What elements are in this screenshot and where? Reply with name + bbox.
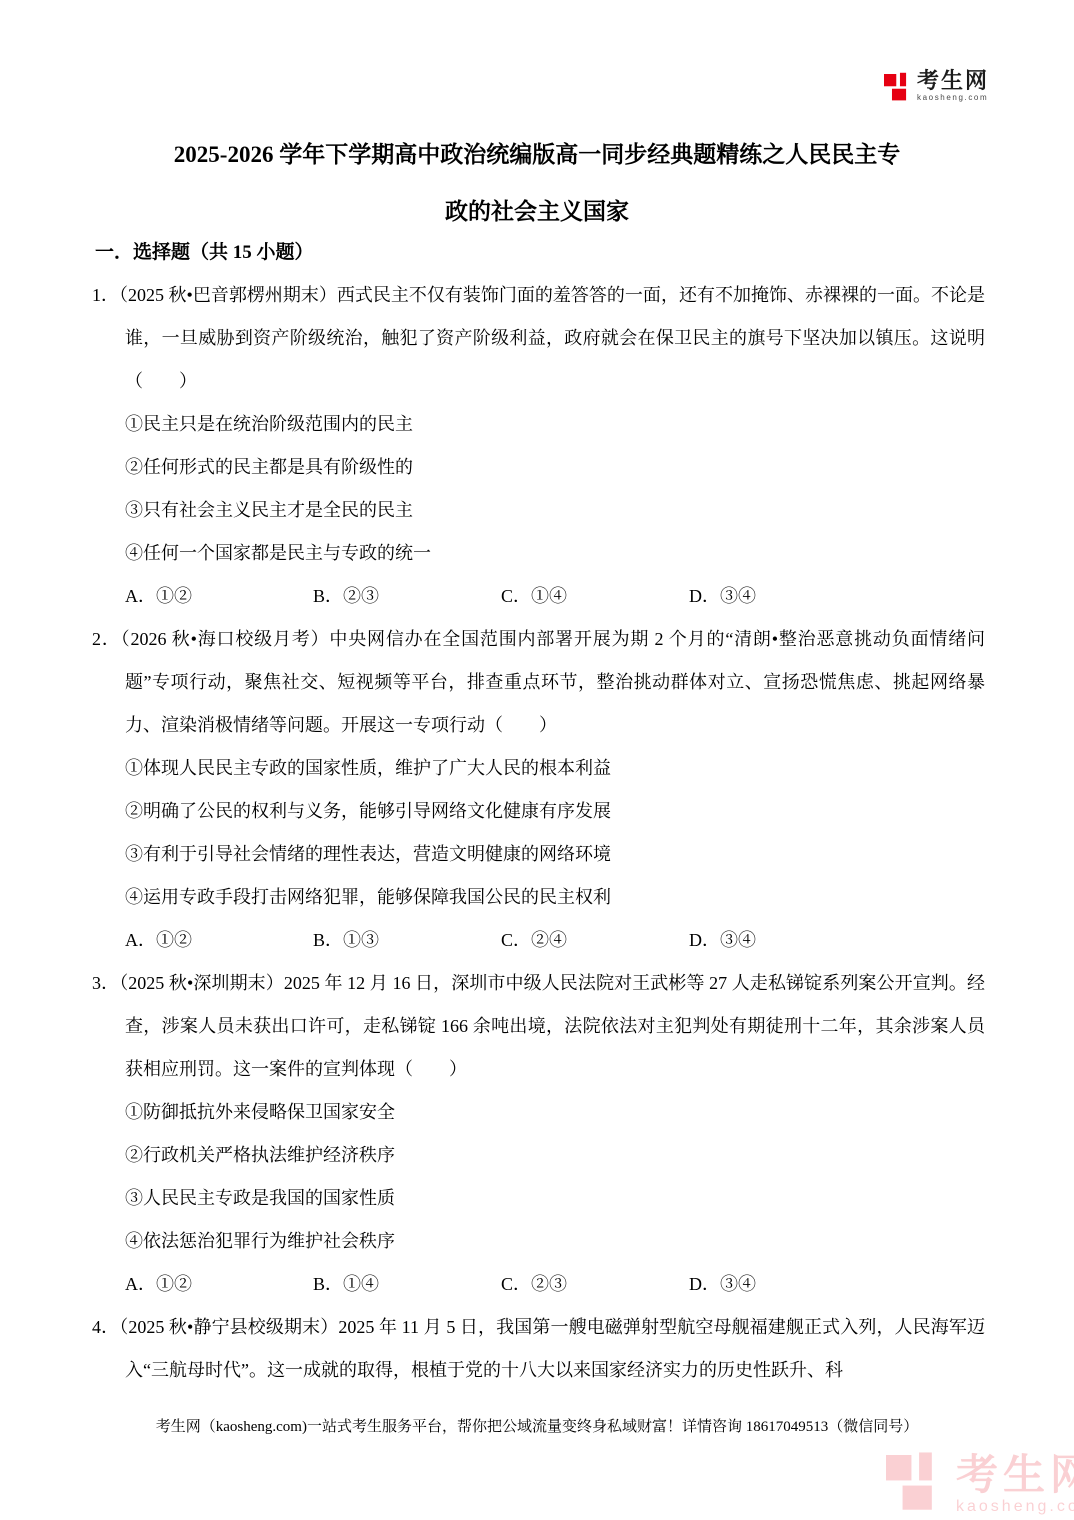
question-1-option-d: D．③④ — [689, 575, 756, 618]
title-line-2: 政的社会主义国家 — [60, 183, 1014, 240]
question-1-options: A．①② B．②③ C．①④ D．③④ — [92, 575, 985, 618]
question-1: 1．（2025 秋•巴音郭楞州期末）西式民主不仅有装饰门面的羞答答的一面，还有不… — [92, 274, 985, 618]
question-2-options: A．①② B．①③ C．②④ D．③④ — [92, 919, 985, 962]
document-title: 2025-2026 学年下学期高中政治统编版高一同步经典题精练之人民民主专 政的… — [60, 126, 1014, 240]
footer-text: 考生网（kaosheng.com)一站式考生服务平台，帮你把公域流量变终身私域财… — [0, 1412, 1074, 1442]
question-3-option-c: C．②③ — [501, 1263, 689, 1306]
question-1-option-c: C．①④ — [501, 575, 689, 618]
question-2-option-b: B．①③ — [313, 919, 501, 962]
question-1-stem: 1．（2025 秋•巴音郭楞州期末）西式民主不仅有装饰门面的羞答答的一面，还有不… — [92, 274, 985, 403]
question-2-item-4: ④运用专政手段打击网络犯罪，能够保障我国公民的民主权利 — [92, 876, 985, 919]
question-3-option-a: A．①② — [125, 1263, 313, 1306]
question-2-option-c: C．②④ — [501, 919, 689, 962]
question-3-item-1: ①防御抵抗外来侵略保卫国家安全 — [92, 1091, 985, 1134]
question-2-item-2: ②明确了公民的权利与义务，能够引导网络文化健康有序发展 — [92, 790, 985, 833]
logo-text-block: 考生网 kaosheng.com — [917, 68, 989, 103]
question-2-number: 2． — [92, 629, 121, 649]
question-2-stem: 2．（2026 秋•海口校级月考）中央网信办在全国范围内部署开展为期 2 个月的… — [92, 618, 985, 747]
question-3: 3．（2025 秋•深圳期末）2025 年 12 月 16 日，深圳市中级人民法… — [92, 962, 985, 1306]
watermark-logo-name: 考生网 — [956, 1452, 1074, 1498]
question-2-item-3: ③有利于引导社会情绪的理性表达，营造文明健康的网络环境 — [92, 833, 985, 876]
watermark-text-block: 考生网 kaosheng.com — [956, 1452, 1074, 1516]
title-line-1: 2025-2026 学年下学期高中政治统编版高一同步经典题精练之人民民主专 — [60, 126, 1014, 183]
question-2-option-a: A．①② — [125, 919, 313, 962]
question-4-stem-text: （2025 秋•静宁县校级期末）2025 年 11 月 5 日，我国第一艘电磁弹… — [119, 1317, 985, 1380]
question-3-item-2: ②行政机关严格执法维护经济秩序 — [92, 1134, 985, 1177]
question-1-item-4: ④任何一个国家都是民主与专政的统一 — [92, 532, 985, 575]
watermark-logo-domain: kaosheng.com — [956, 1498, 1074, 1516]
question-1-item-1: ①民主只是在统治阶级范围内的民主 — [92, 403, 985, 446]
question-2: 2．（2026 秋•海口校级月考）中央网信办在全国范围内部署开展为期 2 个月的… — [92, 618, 985, 962]
question-2-option-d: D．③④ — [689, 919, 756, 962]
kaosheng-logo-icon — [884, 72, 911, 103]
question-3-option-d: D．③④ — [689, 1263, 756, 1306]
question-1-option-b: B．②③ — [313, 575, 501, 618]
question-2-item-1: ①体现人民民主专政的国家性质，维护了广大人民的根本利益 — [92, 747, 985, 790]
question-1-option-a: A．①② — [125, 575, 313, 618]
question-3-number: 3． — [92, 973, 119, 993]
question-1-number: 1． — [92, 285, 119, 305]
question-2-stem-text: （2026 秋•海口校级月考）中央网信办在全国范围内部署开展为期 2 个月的“清… — [121, 629, 985, 735]
question-4-stem: 4．（2025 秋•静宁县校级期末）2025 年 11 月 5 日，我国第一艘电… — [92, 1306, 985, 1392]
question-1-item-3: ③只有社会主义民主才是全民的民主 — [92, 489, 985, 532]
question-1-stem-text: （2025 秋•巴音郭楞州期末）西式民主不仅有装饰门面的羞答答的一面，还有不加掩… — [119, 285, 985, 391]
question-3-options: A．①② B．①④ C．②③ D．③④ — [92, 1263, 985, 1306]
question-4-number: 4． — [92, 1317, 119, 1337]
question-3-item-3: ③人民民主专政是我国的国家性质 — [92, 1177, 985, 1220]
document-page: 考生网 kaosheng.com 2025-2026 学年下学期高中政治统编版高… — [0, 0, 1074, 1520]
logo-domain: kaosheng.com — [917, 93, 989, 103]
question-3-stem-text: （2025 秋•深圳期末）2025 年 12 月 16 日，深圳市中级人民法院对… — [119, 973, 985, 1079]
questions-list: 1．（2025 秋•巴音郭楞州期末）西式民主不仅有装饰门面的羞答答的一面，还有不… — [92, 274, 985, 1392]
logo-name: 考生网 — [917, 68, 989, 93]
question-1-item-2: ②任何形式的民主都是具有阶级性的 — [92, 446, 985, 489]
kaosheng-logo: 考生网 kaosheng.com — [884, 68, 989, 103]
question-3-option-b: B．①④ — [313, 1263, 501, 1306]
question-3-item-4: ④依法惩治犯罪行为维护社会秩序 — [92, 1220, 985, 1263]
question-4: 4．（2025 秋•静宁县校级期末）2025 年 11 月 5 日，我国第一艘电… — [92, 1306, 985, 1392]
kaosheng-logo-icon — [886, 1452, 942, 1514]
question-3-stem: 3．（2025 秋•深圳期末）2025 年 12 月 16 日，深圳市中级人民法… — [92, 962, 985, 1091]
kaosheng-watermark: 考生网 kaosheng.com — [886, 1452, 1074, 1516]
section-heading: 一．选择题（共 15 小题） — [95, 240, 314, 266]
